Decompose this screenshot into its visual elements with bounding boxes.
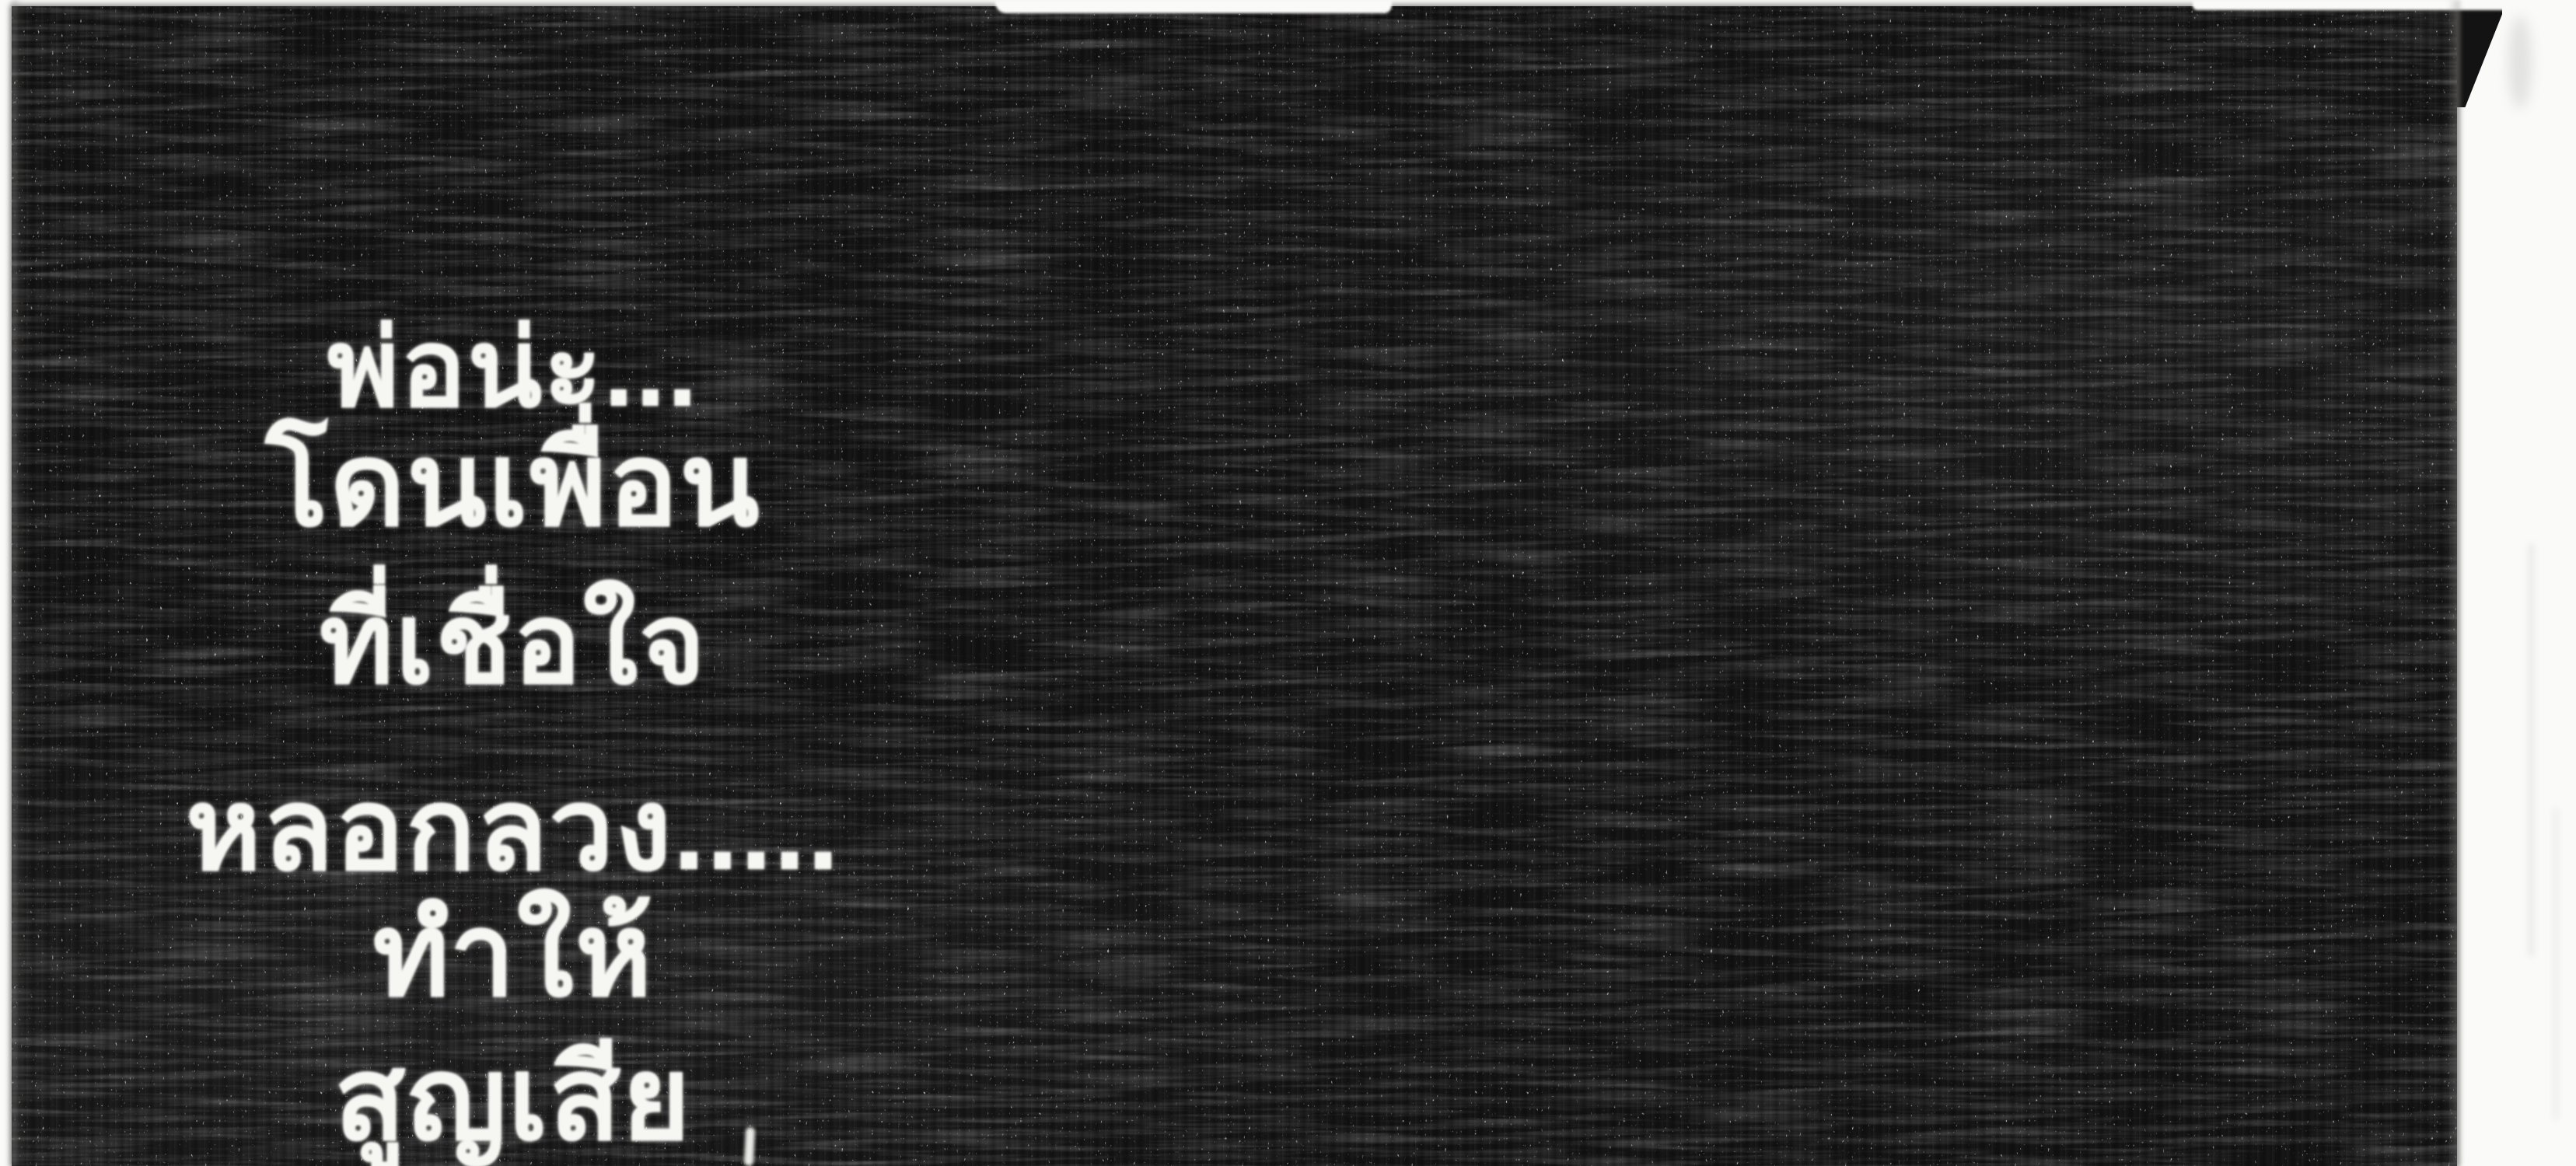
caption-line-3: ที่เชื่อใจ: [140, 585, 886, 703]
caption-line-5: ทำให้: [140, 894, 886, 1017]
caption-line-4: หลอกลวง.....: [140, 770, 886, 890]
caption-line-6: สูญเสีย: [140, 1038, 886, 1161]
right-margin-fuzz: [2448, 0, 2460, 1166]
panel-edge-extension: [2457, 6, 2502, 107]
right-margin-streak: [2553, 808, 2558, 1119]
top-margin-wave: [2193, 0, 2519, 10]
right-margin-smudge: [2508, 16, 2532, 109]
top-margin-wave: [995, 0, 1392, 13]
left-margin-fuzz: [12, 0, 23, 1166]
caption-line-1: พ่อน่ะ...: [140, 311, 886, 425]
right-margin-streak: [2529, 544, 2534, 956]
scanned-page: พ่อน่ะ... โดนเพื่อน ที่เชื่อใจ หลอกลวง..…: [0, 0, 2576, 1166]
caption-line-2: โดนเพื่อน: [140, 424, 886, 546]
